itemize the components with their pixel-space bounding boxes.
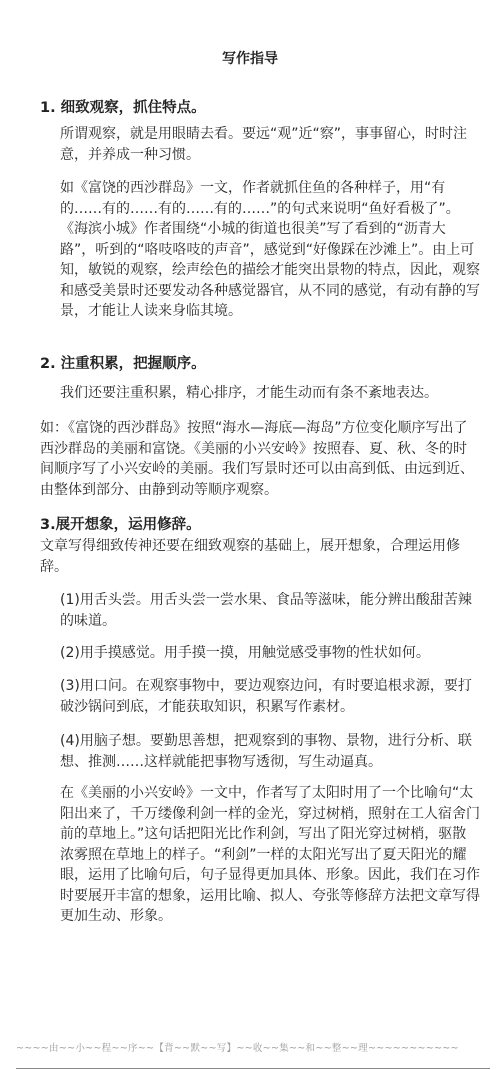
section-3-item-3: (3)用口问。在观察事物中，要边观察边问，有时要追根求源，要打破沙锅问到底，才能… [60, 676, 480, 717]
section-1-paragraph-1: 所谓观察，就是用眼睛去看。要远“观”近“察”，事事留心，时时注意，并养成一种习惯… [60, 124, 480, 165]
section-heading-3: 3.展开想象，运用修辞。 [40, 513, 201, 534]
section-heading-2: 2. 注重积累，把握顺序。 [40, 352, 206, 373]
footer-divider [16, 1068, 490, 1069]
section-heading-1: 1. 细致观察，抓住特点。 [40, 96, 206, 117]
section-2-paragraph-2: 如：《富饶的西沙群岛》按照“海水—海底—海岛”方位变化顺序写出了西沙群岛的美丽和… [40, 418, 480, 500]
section-3-example-paragraph: 在《美丽的小兴安岭》一文中，作者写了太阳时用了一个比喻句“太阳出来了，千万缕像利… [60, 783, 480, 927]
section-3-paragraph-1: 文章写得细致传神还要在细致观察的基础上，展开想象，合理运用修辞。 [40, 536, 480, 577]
section-3-item-2: (2)用手摸感觉。用手摸一摸，用触觉感受事物的性状如何。 [60, 643, 480, 664]
section-2-paragraph-1: 我们还要注重积累，精心排序，才能生动而有条不紊地表达。 [60, 383, 480, 404]
section-3-item-4: (4)用脑子想。要勤思善想，把观察到的事物、景物，进行分析、联想、推测……这样就… [60, 731, 480, 772]
page-title: 写作指导 [0, 48, 500, 68]
footer-note: ~~~~由~~小~~程~~序~~【背~~默~~写】~~收~~集~~和~~整~~理… [16, 1040, 490, 1054]
section-3-item-1: (1)用舌头尝。用舌头尝一尝水果、食品等滋味，能分辨出酸甜苦辣的味道。 [60, 590, 480, 631]
section-1-paragraph-2: 如《富饶的西沙群岛》一文，作者就抓住鱼的各种样子，用“有的……有的……有的……有… [60, 178, 480, 322]
